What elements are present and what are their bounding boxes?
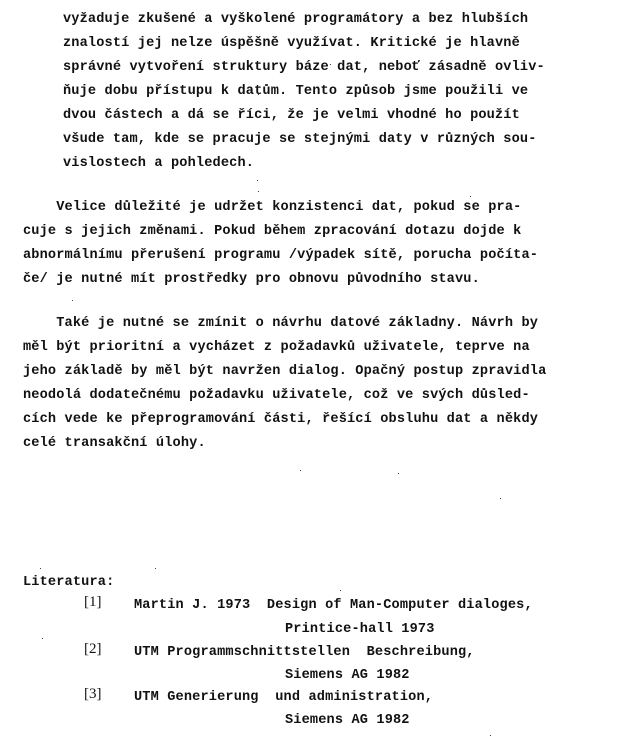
text-line: cuje s jejich změnami. Pokud během zprac… xyxy=(23,224,521,240)
reference-line: Siemens AG 1982 xyxy=(285,668,410,684)
text-line: cích vede ke přeprogramování části, řeší… xyxy=(23,412,538,428)
scan-speck xyxy=(72,300,73,301)
text-line: ňuje dobu přístupu k datům. Tento způsob… xyxy=(63,84,528,100)
reference-line: UTM Generierung und administration, xyxy=(134,690,433,706)
reference-number: [1] xyxy=(84,594,102,611)
text-line: jeho základě by měl být navržen dialog. … xyxy=(23,364,546,380)
references-heading: Literatura: xyxy=(23,575,114,591)
scan-speck xyxy=(42,638,43,639)
scan-speck xyxy=(300,470,301,471)
scan-speck xyxy=(500,498,501,499)
text-line: vislostech a pohledech. xyxy=(63,156,254,172)
scan-speck xyxy=(155,568,156,569)
text-line: Také je nutné se zmínit o návrhu datové … xyxy=(23,316,538,332)
reference-line: Siemens AG 1982 xyxy=(285,713,410,729)
text-line: správné vytvoření struktury báze dat, ne… xyxy=(63,60,545,76)
scan-speck xyxy=(258,94,259,95)
text-line: Velice důležité je udržet konzistenci da… xyxy=(23,200,521,216)
text-line: dvou částech a dá se říci, že je velmi v… xyxy=(63,108,520,124)
text-line: abnormálnímu přerušení programu /výpadek… xyxy=(23,248,538,264)
text-line: vyžaduje zkušené a vyškolené programátor… xyxy=(63,12,528,28)
text-line: měl být prioritní a vycházet z požadavků… xyxy=(23,340,530,356)
text-line: znalostí jej nelze úspěšně využívat. Kri… xyxy=(63,36,520,52)
scan-speck xyxy=(330,64,331,65)
scan-speck xyxy=(40,568,41,569)
text-line: všude tam, kde se pracuje se stejnými da… xyxy=(63,132,537,148)
reference-line: Martin J. 1973 Design of Man-Computer di… xyxy=(134,598,533,614)
reference-line: Printice-hall 1973 xyxy=(285,622,435,638)
text-line: celé transakční úlohy. xyxy=(23,436,206,452)
scan-speck xyxy=(398,473,399,474)
scan-speck xyxy=(470,196,471,197)
scan-speck xyxy=(258,191,259,192)
reference-number: [2] xyxy=(84,641,102,658)
scan-speck xyxy=(257,180,258,181)
scan-speck xyxy=(340,590,341,591)
reference-number: [3] xyxy=(84,686,102,703)
text-line: če/ je nutné mít prostředky pro obnovu p… xyxy=(23,272,480,288)
scan-speck xyxy=(490,735,491,736)
reference-line: UTM Programmschnittstellen Beschreibung, xyxy=(134,645,475,661)
text-line: neodolá dodatečnému požadavku uživatele,… xyxy=(23,388,530,404)
